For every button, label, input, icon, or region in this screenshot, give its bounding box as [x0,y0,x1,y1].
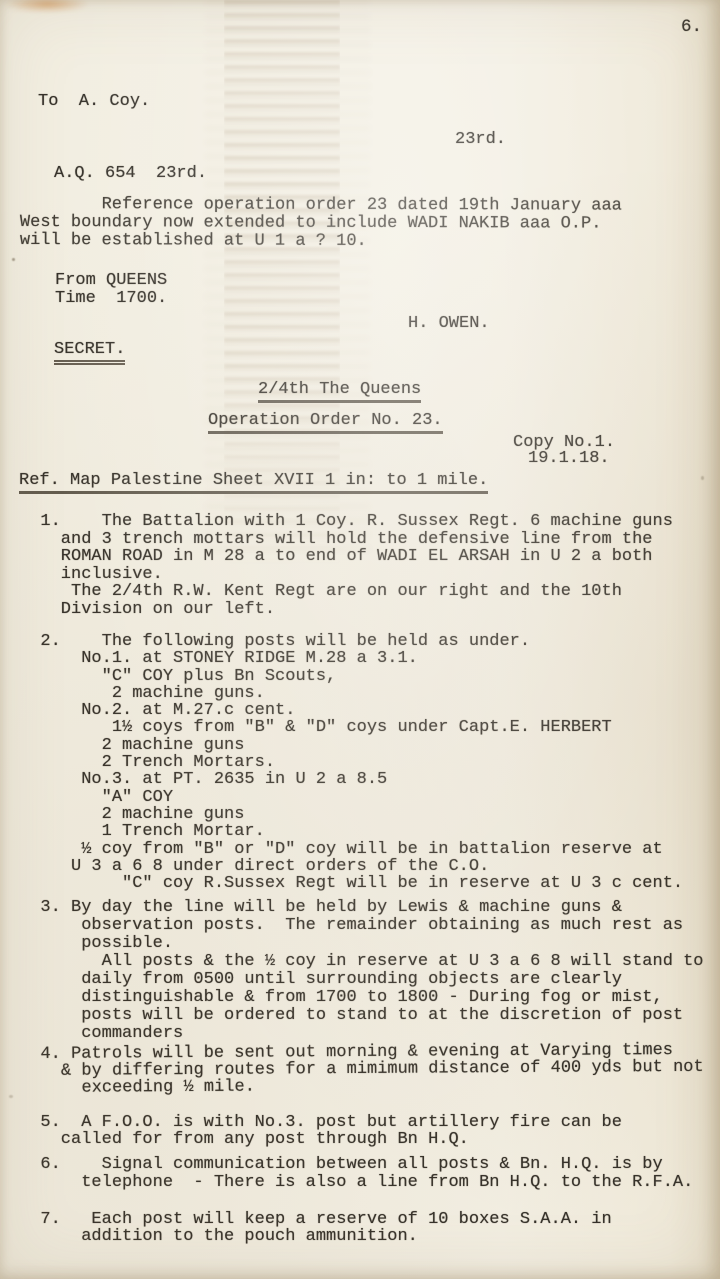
signature: H. OWEN. [408,315,490,332]
paragraph-3: 3. By day the line will be held by Lewis… [20,899,704,1043]
ink-speck [701,476,704,480]
paragraph-5: 5. A F.O.O. is with No.3. post but artil… [20,1114,622,1148]
message-body: Reference operation order 23 dated 19th … [20,196,622,252]
paragraph-2: 2. The following posts will be held as u… [20,633,683,892]
paragraph-6: 6. Signal communication between all post… [20,1156,693,1191]
addressee-line: To A. Coy. [38,93,150,110]
ink-speck [12,258,15,261]
unit-title: 2/4th The Queens [258,381,421,398]
map-reference: Ref. Map Palestine Sheet XVII 1 in: to 1… [19,472,488,489]
ink-speck [9,1095,13,1098]
paragraph-4: 4. Patrols will be sent out morning & ev… [20,1042,704,1098]
received-date: 23rd. [455,131,506,148]
reference-number-line: A.Q. 654 23rd. [54,165,207,182]
paragraph-1: 1. The Battalion with 1 Coy. R. Sussex R… [20,513,673,618]
top-edge-stain [4,0,90,13]
unit-title-text: 2/4th The Queens [258,380,421,403]
map-reference-text: Ref. Map Palestine Sheet XVII 1 in: to 1… [19,471,488,494]
time-line: Time 1700. [55,290,167,308]
page-number: 6. [681,19,702,36]
order-title: Operation Order No. 23. [208,412,443,429]
from-line: From QUEENS [55,272,167,290]
paragraph-7: 7. Each post will keep a reserve of 10 b… [20,1211,612,1245]
order-title-text: Operation Order No. 23. [208,411,443,434]
order-date: 19.1.18. [528,450,610,467]
classification-text: SECRET. [54,340,125,365]
classification-stamp: SECRET. [54,341,125,358]
scanned-document-page: 6. To A. Coy. 23rd. A.Q. 654 23rd. Refer… [0,0,720,1279]
